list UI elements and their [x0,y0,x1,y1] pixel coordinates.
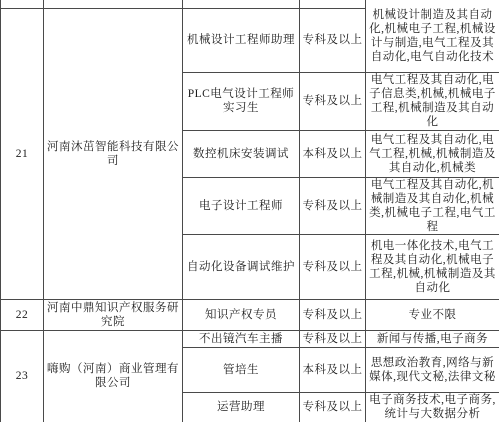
row-number-cell: 23 [1,330,44,422]
empty-cell [300,0,366,8]
row-number-cell: 22 [1,299,44,330]
empty-cell [183,0,300,8]
position-cell: 数控机床安装调试 [183,130,300,177]
majors-cell: 新闻与传播,电子商务 [366,330,499,347]
degree-cell: 专科及以上 [300,392,366,422]
row-number-cell: 21 [1,8,44,299]
recruitment-table: 机械设计制造及其自动化,机械电子工程,机械设计与制造,电气工程及其自动化,电气自… [0,0,499,422]
majors-cell: 电气工程及其自动化,机械制造及其自动化,机械类,机械电子工程,电气工程 [366,177,499,234]
degree-cell: 本科及以上 [300,130,366,177]
empty-cell [44,0,183,8]
majors-cell: 电气工程及其自动化,电子信息类,机械,机械电子工程,机械制造及其自动化 [366,72,499,130]
degree-cell: 专科及以上 [300,330,366,347]
company-cell: 河南中鼎知识产权服务研究院 [44,299,183,330]
table-row: 22 河南中鼎知识产权服务研究院 知识产权专员 专科及以上 专业不限 [1,299,499,330]
company-cell: 河南沐茁智能科技有限公司 [44,8,183,299]
majors-cell: 电气工程及其自动化,电气工程,机械,机械制造及其自动化,机械类 [366,130,499,177]
degree-cell: 专科及以上 [300,8,366,72]
position-cell: 运营助理 [183,392,300,422]
majors-cell: 机械设计制造及其自动化,机械电子工程,机械设计与制造,电气工程及其自动化,电气自… [366,0,499,72]
majors-cell: 机电一体化技术,电气工程及其自动化,机械电子工程,机械,机械制造及其自动化 [366,234,499,299]
degree-cell: 专科及以上 [300,299,366,330]
table-row: 23 嗨购（河南）商业管理有限公司 不出镜汽车主播 专科及以上 新闻与传播,电子… [1,330,499,347]
degree-cell: 专科及以上 [300,72,366,130]
company-cell: 嗨购（河南）商业管理有限公司 [44,330,183,422]
table-row: 机械设计制造及其自动化,机械电子工程,机械设计与制造,电气工程及其自动化,电气自… [1,0,499,8]
position-cell: 不出镜汽车主播 [183,330,300,347]
position-cell: PLC电气设计工程师实习生 [183,72,300,130]
degree-cell: 专科及以上 [300,234,366,299]
majors-cell: 电子商务技术,电子商务,统计与大数据分析 [366,392,499,422]
position-cell: 自动化设备调试维护 [183,234,300,299]
majors-cell: 思想政治教育,网络与新媒体,现代文秘,法律文秘 [366,347,499,392]
position-cell: 机械设计工程师助理 [183,8,300,72]
position-cell: 管培生 [183,347,300,392]
degree-cell: 本科及以上 [300,347,366,392]
position-cell: 电子设计工程师 [183,177,300,234]
degree-cell: 专科及以上 [300,177,366,234]
majors-cell: 专业不限 [366,299,499,330]
empty-cell [1,0,44,8]
position-cell: 知识产权专员 [183,299,300,330]
